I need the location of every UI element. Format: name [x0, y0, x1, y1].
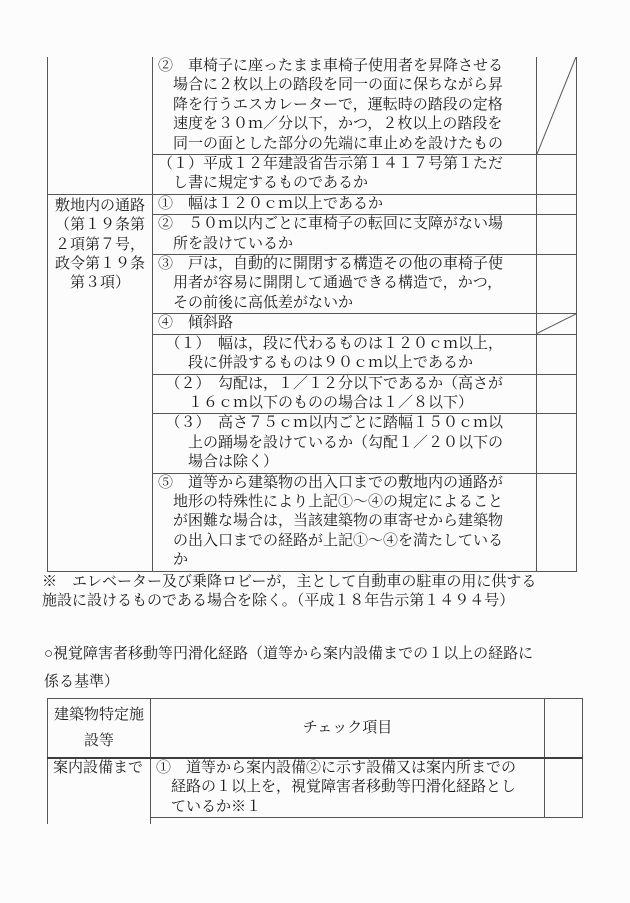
check-cell	[537, 314, 577, 334]
footnote: ※ エレベーター及び乗降ロビーが，主として自動車の駐車の用に供する 施設に設ける…	[42, 573, 587, 612]
check-cell	[537, 194, 577, 214]
facility-column-header: 建築物特定施 設等	[48, 699, 151, 759]
check-cell	[537, 334, 577, 374]
checklist-item-cell: ② ５０ｍ以内ごとに車椅子の転回に支障がない場 所を設けているか	[153, 215, 537, 255]
checklist-item-cell: （１）平成１２年建設省告示第１４１７号第１ただ し書に規定するものであるか	[153, 155, 537, 195]
table-row: 敷地内の通路 （第１９条第 ２項第７号， 政令第１９条 第３項） ① 幅は１２０…	[48, 194, 577, 214]
check-cell	[537, 374, 577, 414]
slash-icon	[537, 57, 576, 154]
check-cell	[537, 414, 577, 473]
table-header-row: 建築物特定施 設等 チェック項目	[48, 699, 583, 759]
checklist-item-cell: ① 幅は１２０ｃｍ以上であるか	[153, 194, 537, 214]
site-path-checklist-table: ② 車椅子に座ったまま車椅子使用者を昇降させる 場合に２枚以上の踏段を同一の面に…	[47, 57, 577, 572]
guide-route-table: 建築物特定施 設等 チェック項目 案内設備まで ① 道等から案内設備②に示す設備…	[47, 698, 583, 818]
checklist-item-cell: ② 車椅子に座ったまま車椅子使用者を昇降させる 場合に２枚以上の踏段を同一の面に…	[153, 57, 537, 155]
document-page: ② 車椅子に座ったまま車椅子使用者を昇降させる 場合に２枚以上の踏段を同一の面に…	[0, 0, 630, 903]
section-heading: ○視覚障害者移動等円滑化経路（道等から案内設備までの１以上の経路に 係る基準）	[44, 640, 589, 696]
checklist-item-cell: （２） 勾配は，１／１２分以下であるか（高さが １６ｃｍ以下のものの場合は１／８…	[153, 374, 537, 414]
page-break-border-stub	[150, 817, 151, 824]
check-cell	[537, 255, 577, 314]
slash-icon	[537, 314, 576, 333]
check-cell	[537, 155, 577, 195]
facility-label-cell	[48, 57, 153, 194]
check-cell	[537, 57, 577, 155]
check-cell	[545, 758, 583, 818]
facility-label-cell: 案内設備まで	[48, 758, 151, 818]
facility-label-cell: 敷地内の通路 （第１９条第 ２項第７号， 政令第１９条 第３項）	[48, 194, 153, 571]
checklist-item-cell: ③ 戸は，自動的に開閉する構造その他の車椅子使 用者が容易に開閉して通過できる構…	[153, 255, 537, 314]
check-items-column-header: チェック項目	[151, 699, 545, 759]
checklist-item-cell: ① 道等から案内設備②に示す設備又は案内所までの 経路の１以上を，視覚障害者移動…	[151, 758, 545, 818]
check-cell	[537, 215, 577, 255]
result-column-header	[545, 699, 583, 759]
checklist-item-cell: （１） 幅は，段に代わるものは１２０ｃｍ以上， 段に併設するものは９０ｃｍ以上で…	[153, 334, 537, 374]
checklist-item-cell: ⑤ 道等から建築物の出入口までの敷地内の通路が 地形の特殊性により上記①～④の規…	[153, 473, 537, 571]
table-row: 案内設備まで ① 道等から案内設備②に示す設備又は案内所までの 経路の１以上を，…	[48, 758, 583, 818]
checklist-item-cell: ④ 傾斜路	[153, 314, 537, 334]
checklist-item-cell: （３） 高さ７５ｃｍ以内ごとに踏幅１５０ｃｍ以 上の踊場を設けているか（勾配１／…	[153, 414, 537, 473]
table-row: ② 車椅子に座ったまま車椅子使用者を昇降させる 場合に２枚以上の踏段を同一の面に…	[48, 57, 577, 155]
page-break-border-stub	[47, 817, 48, 824]
check-cell	[537, 473, 577, 571]
